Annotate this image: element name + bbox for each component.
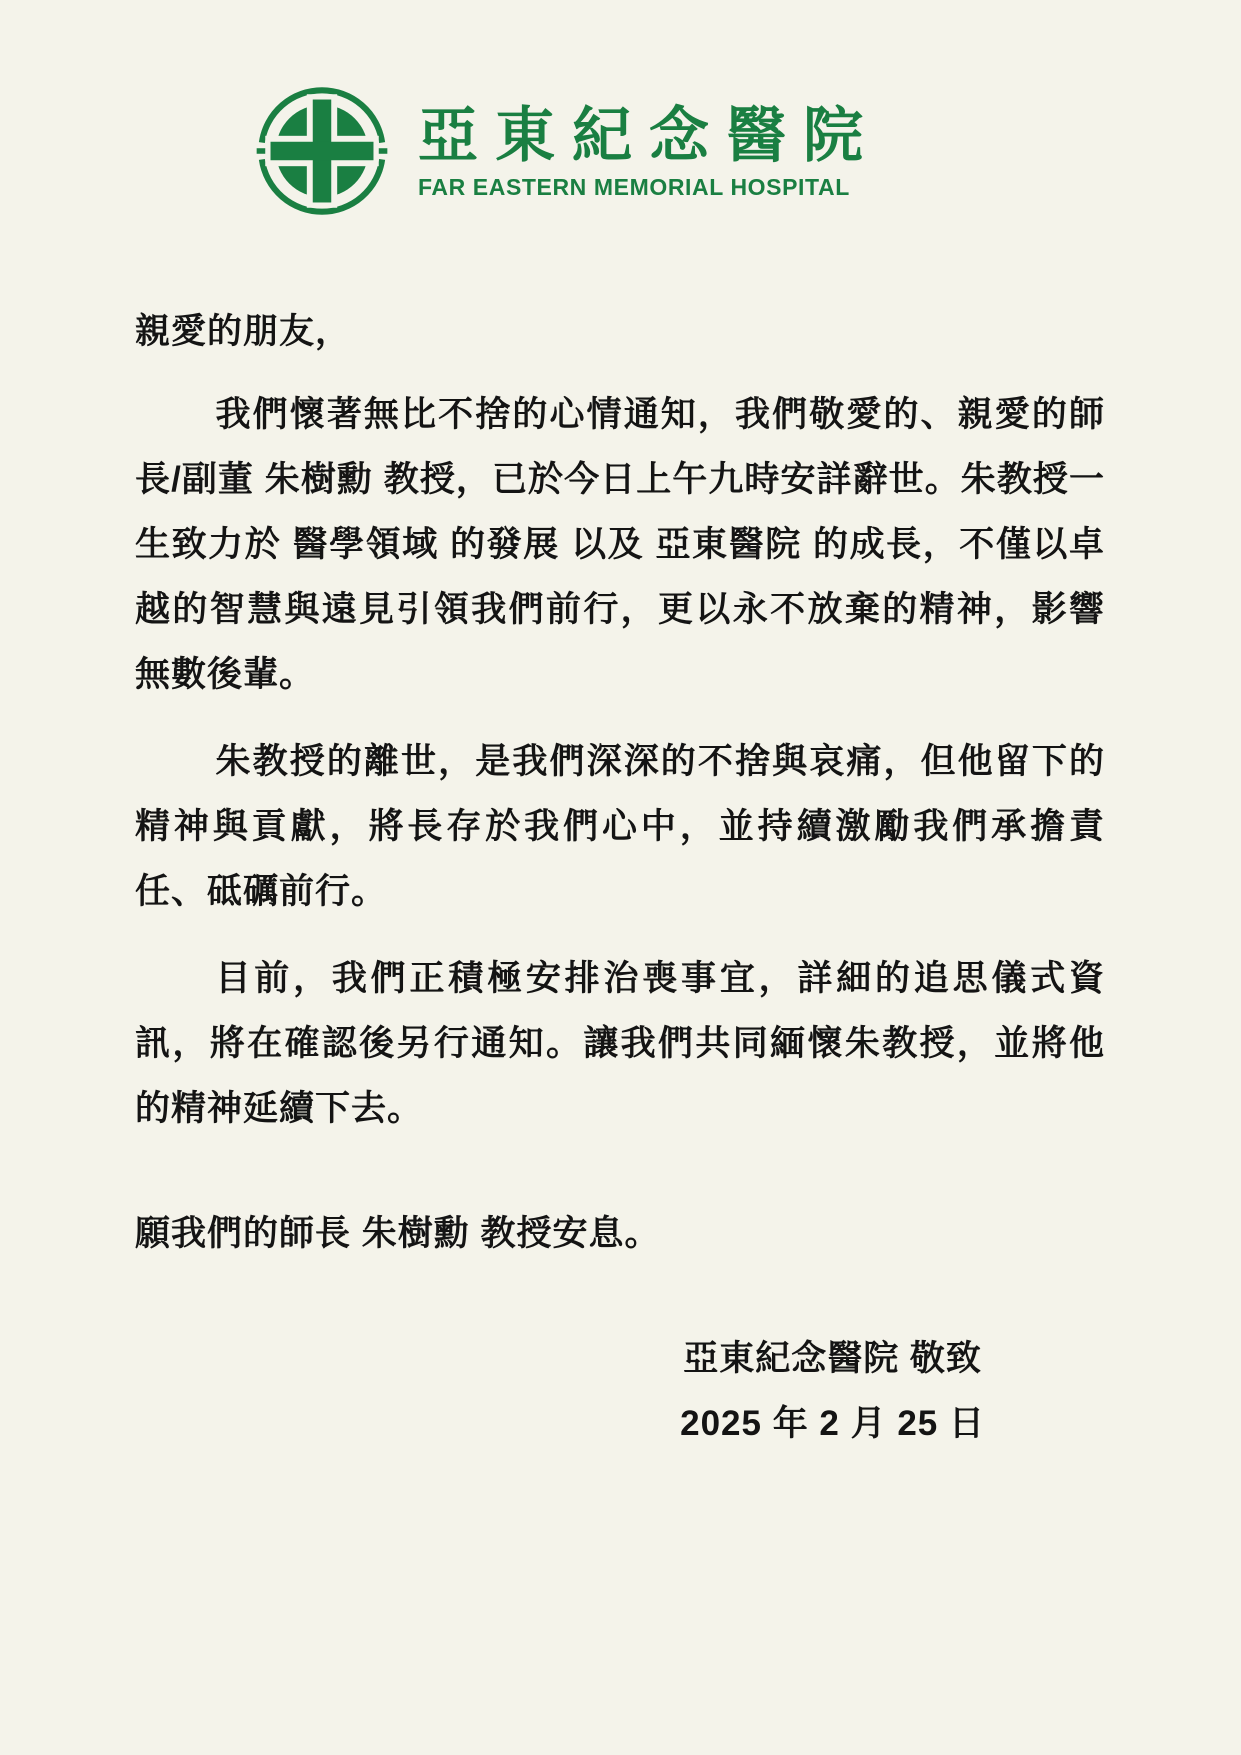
letter-page: 亞東紀念醫院 FAR EASTERN MEMORIAL HOSPITAL 親愛的… <box>0 0 1241 1755</box>
paragraph-announcement: 我們懷著無比不捨的心情通知，我們敬愛的、親愛的師長/副董 朱樹勳 教授，已於今日… <box>135 382 1105 707</box>
hospital-name-block: 亞東紀念醫院 FAR EASTERN MEMORIAL HOSPITAL <box>418 102 880 200</box>
letterhead: 亞東紀念醫院 FAR EASTERN MEMORIAL HOSPITAL <box>256 85 1105 217</box>
signature-line: 亞東紀念醫院 敬致 <box>680 1326 985 1391</box>
date-line: 2025 年 2 月 25 日 <box>680 1391 985 1456</box>
hospital-name-en: FAR EASTERN MEMORIAL HOSPITAL <box>418 174 880 200</box>
hospital-logo-icon <box>256 85 388 217</box>
closing-line: 願我們的師長 朱樹勳 教授安息。 <box>135 1201 1105 1266</box>
letter-body: 親愛的朋友， 我們懷著無比不捨的心情通知，我們敬愛的、親愛的師長/副董 朱樹勳 … <box>135 299 1105 1456</box>
signature-block: 亞東紀念醫院 敬致 2025 年 2 月 25 日 <box>680 1326 985 1456</box>
greeting-line: 親愛的朋友， <box>135 299 1105 364</box>
paragraph-arrangements: 目前，我們正積極安排治喪事宜，詳細的追思儀式資訊，將在確認後另行通知。讓我們共同… <box>135 946 1105 1141</box>
paragraph-tribute: 朱教授的離世，是我們深深的不捨與哀痛，但他留下的精神與貢獻，將長存於我們心中，並… <box>135 729 1105 924</box>
hospital-name-zh: 亞東紀念醫院 <box>418 102 880 170</box>
